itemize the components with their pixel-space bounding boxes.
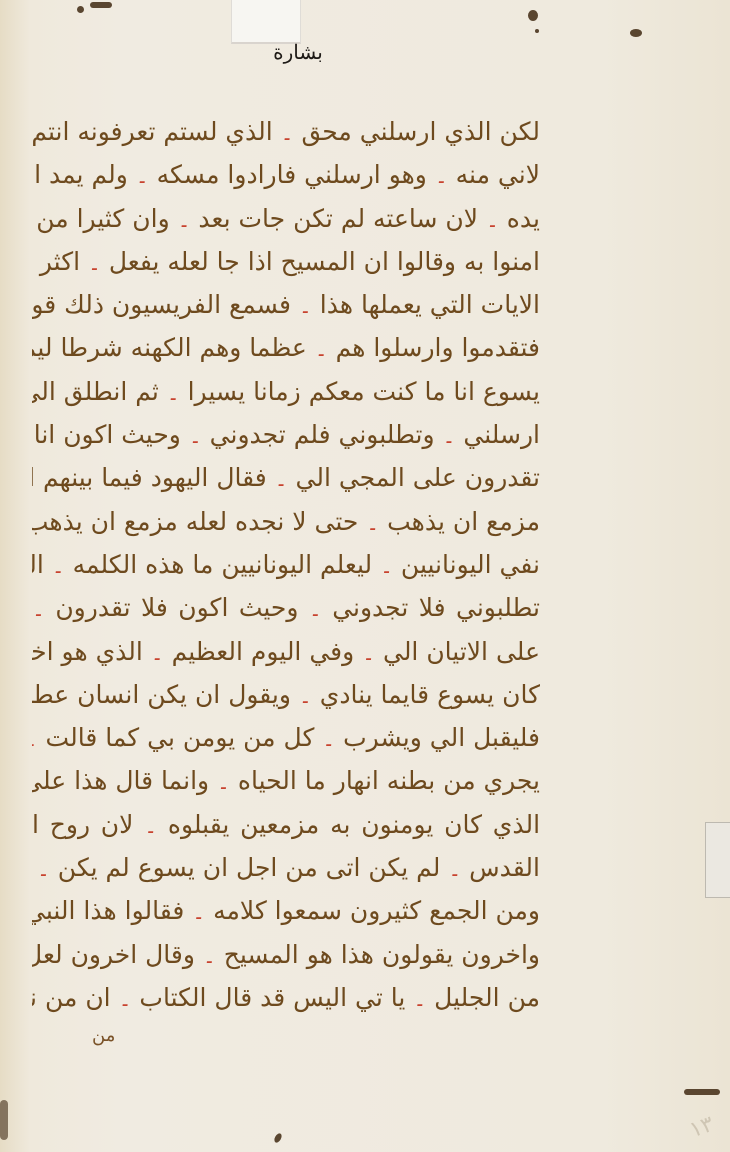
- rubric-mark: ۔: [281, 121, 294, 146]
- text-line: مزمع ان يذهب ۔ حتى لا نجده لعله مزمع ان …: [32, 500, 540, 543]
- text-line: فليقبل الي ويشرب ۔ كل من يومن بي كما قال…: [32, 716, 540, 759]
- rubric-mark: ۔: [309, 597, 322, 622]
- ink-stain: [528, 10, 538, 21]
- catchword: من: [92, 1025, 115, 1046]
- manuscript-text-block: لكن الذي ارسلني محق ۔ الذي لستم تعرفونه …: [32, 110, 540, 1019]
- folio-number: ١٣: [686, 1112, 717, 1144]
- ink-stain: [630, 29, 642, 37]
- rubric-mark: ۔: [119, 987, 132, 1012]
- text-line: كان يسوع قايما ينادي ۔ ويقول ان يكن انسا…: [32, 673, 540, 716]
- page-edge-tab: [705, 822, 730, 898]
- rubric-mark: ۔: [315, 337, 328, 362]
- text-line: يجري من بطنه انهار ما الحياه ۔ وانما قال…: [32, 759, 540, 802]
- text-line: لاني منه ۔ وهو ارسلني فارادوا مسكه ۔ ولم…: [32, 153, 540, 196]
- rubric-mark: ۔: [52, 554, 65, 579]
- rubric-mark: ۔: [380, 554, 393, 579]
- text-line: الايات التي يعملها هذا ۔ فسمع الفريسيون …: [32, 283, 540, 326]
- rubric-mark: ۔: [189, 424, 202, 449]
- text-line: تطلبوني فلا تجدوني ۔ وحيث اكون فلا تقدرو…: [32, 586, 540, 629]
- text-line: فتقدموا وارسلوا هم ۔ عظما وهم الكهنه شرط…: [32, 326, 540, 369]
- text-line: من الجليل ۔ يا تي اليس قد قال الكتاب ۔ ا…: [32, 976, 540, 1019]
- ink-stain: [535, 29, 539, 33]
- rubric-mark: ۔: [362, 641, 375, 666]
- ink-stain: [77, 6, 84, 13]
- rubric-mark: ۔: [178, 208, 191, 233]
- running-header: بشارة: [268, 40, 328, 64]
- text-line: القدس ۔ لم يكن اتى من اجل ان يسوع لم يكن…: [32, 846, 540, 889]
- rubric-mark: ۔: [144, 814, 157, 839]
- rubric-mark: ۔: [299, 684, 312, 709]
- manuscript-page: بشارة لكن الذي ارسلني محق ۔ الذي لستم تع…: [0, 0, 730, 1152]
- rubric-mark: ۔: [88, 251, 101, 276]
- text-line: واخرون يقولون هذا هو المسيح ۔ وقال اخرون…: [32, 933, 540, 976]
- ink-stain: [273, 1132, 283, 1144]
- text-line: ارسلني ۔ وتطلبوني فلم تجدوني ۔ وحيث اكون…: [32, 413, 540, 456]
- rubric-mark: ۔: [435, 164, 448, 189]
- rubric-mark: ۔: [322, 727, 335, 752]
- rubric-mark: ۔: [167, 381, 180, 406]
- rubric-mark: ۔: [217, 770, 230, 795]
- rubric-mark: ۔: [443, 424, 456, 449]
- text-line: الذي كان يومنون به مزمعين يقبلوه ۔ لان ر…: [32, 803, 540, 846]
- rubric-mark: ۔: [299, 294, 312, 319]
- edge-damage: [0, 1100, 8, 1140]
- ink-stain: [684, 1089, 720, 1095]
- rubric-mark: ۔: [32, 597, 45, 622]
- rubric-mark: ۔: [448, 857, 461, 882]
- text-line: لكن الذي ارسلني محق ۔ الذي لستم تعرفونه …: [32, 110, 540, 153]
- text-line: نفي اليونانيين ۔ ليعلم اليونانيين ما هذه…: [32, 543, 540, 586]
- rubric-mark: ۔: [37, 857, 50, 882]
- rubric-mark: ۔: [151, 641, 164, 666]
- text-line: يسوع انا ما كنت معكم زمانا يسيرا ۔ ثم ان…: [32, 370, 540, 413]
- rubric-mark: ۔: [275, 467, 288, 492]
- text-line: تقدرون على المجي الي ۔ فقال اليهود فيما …: [32, 456, 540, 499]
- rubric-mark: ۔: [413, 987, 426, 1012]
- rubric-mark: ۔: [486, 208, 499, 233]
- ink-stain: [90, 2, 112, 8]
- text-line: يده ۔ لان ساعته لم تكن جات بعد ۔ وان كثي…: [32, 197, 540, 240]
- rubric-mark: ۔: [136, 164, 149, 189]
- text-line: على الاتيان الي ۔ وفي اليوم العظيم ۔ الذ…: [32, 630, 540, 673]
- rubric-mark: ۔: [32, 727, 38, 752]
- rubric-mark: ۔: [192, 900, 205, 925]
- rubric-mark: ۔: [203, 944, 216, 969]
- rubric-mark: ۔: [366, 511, 379, 536]
- text-line: امنوا به وقالوا ان المسيح اذا جا لعله يف…: [32, 240, 540, 283]
- text-line: ومن الجمع كثيرون سمعوا كلامه ۔ فقالوا هذ…: [32, 889, 540, 932]
- archival-tape: [231, 0, 301, 44]
